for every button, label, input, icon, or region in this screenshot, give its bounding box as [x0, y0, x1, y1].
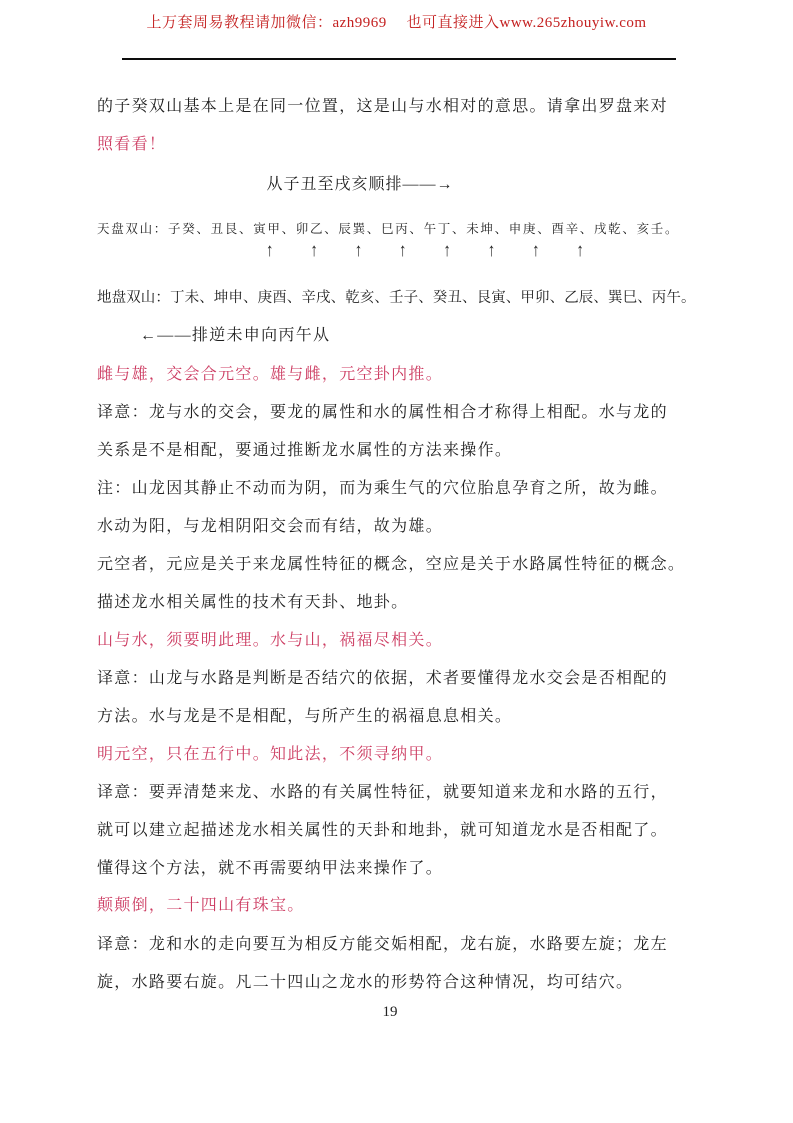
text-line: 从子丑至戌亥顺排——→: [0, 175, 720, 195]
text-line: 方法。水与龙是不是相配，与所产生的祸福息息相关。: [97, 707, 512, 727]
text-line: 天盘双山：子癸、丑艮、寅甲、卯乙、辰巽、巳丙、午丁、未坤、申庚、酉辛、戌乾、亥壬…: [97, 219, 679, 239]
highlighted-text-line: 颠颠倒，二十四山有珠宝。: [97, 896, 305, 916]
text-line: 水动为阳，与龙相阴阳交会而有结，故为雄。: [97, 517, 443, 537]
highlighted-text-line: 明元空，只在五行中。知此法，不须寻纳甲。: [97, 745, 443, 765]
text-line: 旋，水路要右旋。凡二十四山之龙水的形势符合这种情况，均可结穴。: [97, 973, 633, 993]
up-arrow-icon: ↑: [355, 241, 363, 262]
page-header-text: 上万套周易教程请加微信：azh9969 也可直接进入www.265zhouyiw…: [0, 11, 793, 32]
highlighted-text-line: 山与水，须要明此理。水与山，祸福尽相关。: [97, 631, 443, 651]
text-line: 描述龙水相关属性的技术有天卦、地卦。: [97, 593, 408, 613]
text-line: ←——排逆未申向丙午从: [140, 326, 330, 346]
text-line: 译意：要弄清楚来龙、水路的有关属性特征，就要知道来龙和水路的五行，: [97, 783, 668, 803]
text-line: 关系是不是相配，要通过推断龙水属性的方法来操作。: [97, 441, 512, 461]
up-arrow-icon: ↑: [310, 241, 318, 262]
text-line: 译意：龙和水的走向要互为相反方能交姤相配，龙右旋，水路要左旋；龙左: [97, 935, 668, 955]
text-line: 注：山龙因其静止不动而为阴，而为乘生气的穴位胎息孕育之所，故为雌。: [97, 479, 668, 499]
text-line: 译意：山龙与水路是判断是否结穴的依据，术者要懂得龙水交会是否相配的: [97, 669, 668, 689]
text-line: 懂得这个方法，就不再需要纳甲法来操作了。: [97, 859, 443, 879]
page-number: 19: [0, 1004, 780, 1021]
up-arrow-icon: ↑: [443, 241, 451, 262]
text-line: 就可以建立起描述龙水相关属性的天卦和地卦，就可知道龙水是否相配了。: [97, 821, 668, 841]
document-page: 上万套周易教程请加微信：azh9969 也可直接进入www.265zhouyiw…: [0, 0, 793, 1123]
up-arrow-icon: ↑: [488, 241, 496, 262]
up-arrow-icon: ↑: [399, 241, 407, 262]
text-line: 元空者，元应是关于来龙属性特征的概念，空应是关于水路属性特征的概念。: [97, 555, 685, 575]
text-line: 地盘双山：丁未、坤申、庚酉、辛戌、乾亥、壬子、癸丑、艮寅、甲卯、乙辰、巽巳、丙午…: [97, 288, 696, 308]
text-line: 译意：龙与水的交会，要龙的属性和水的属性相合才称得上相配。水与龙的: [97, 403, 668, 423]
text-line: 的子癸双山基本上是在同一位置，这是山与水相对的意思。请拿出罗盘来对: [97, 97, 668, 117]
up-arrow-icon: ↑: [532, 241, 540, 262]
header-divider: [122, 58, 676, 60]
arrow-row: ↑↑↑↑↑↑↑↑: [266, 243, 584, 260]
up-arrow-icon: ↑: [266, 241, 274, 262]
highlighted-text-line: 雌与雄，交会合元空。雄与雌，元空卦内推。: [97, 365, 443, 385]
up-arrow-icon: ↑: [576, 241, 584, 262]
highlighted-text-line: 照看看！: [97, 135, 166, 155]
